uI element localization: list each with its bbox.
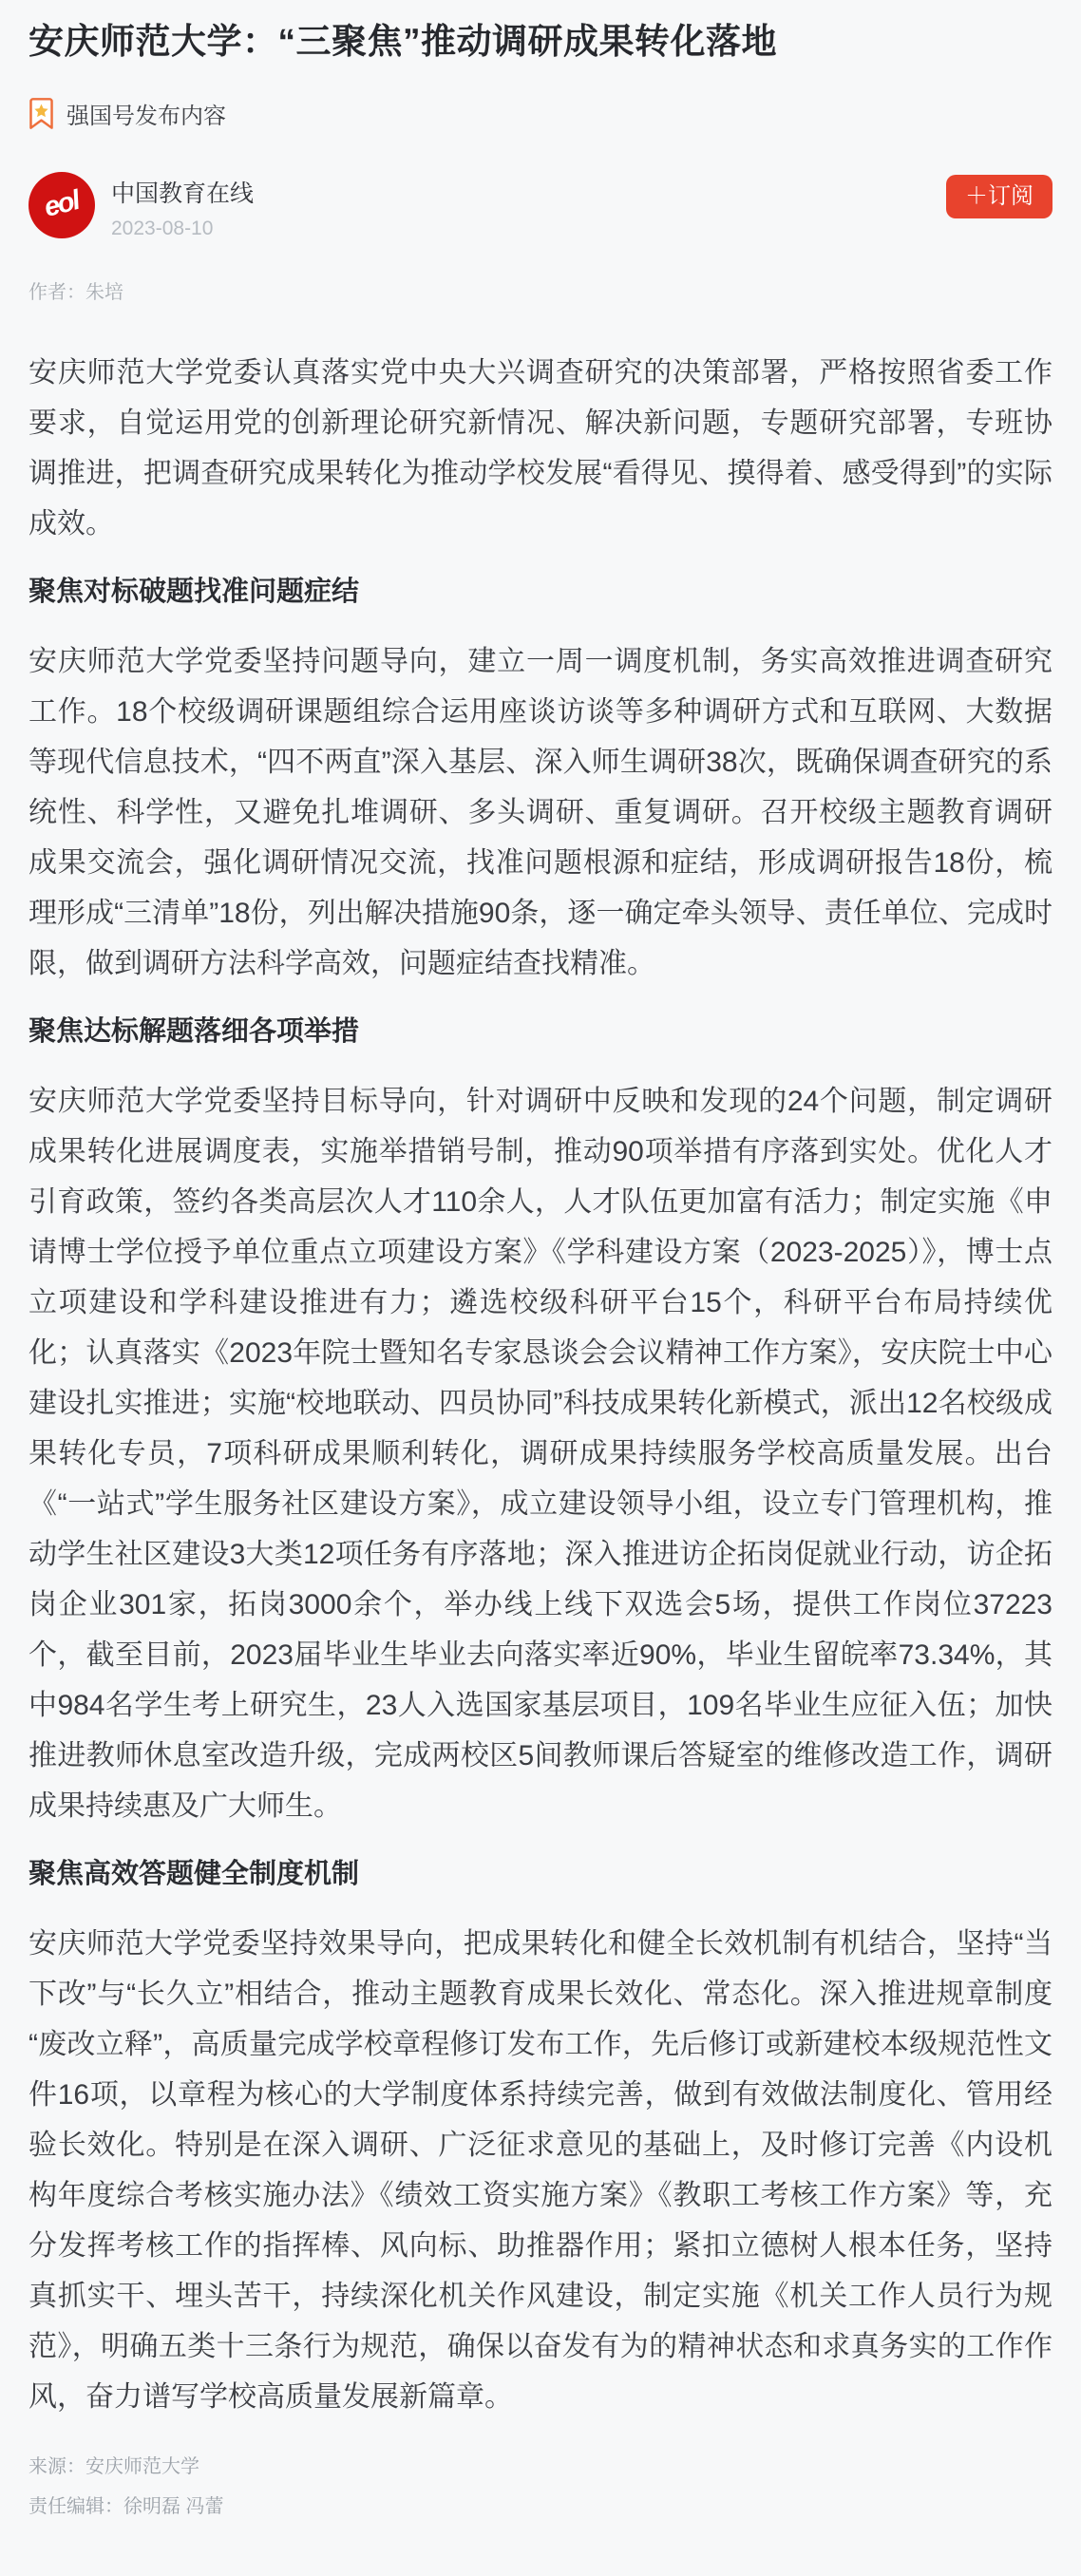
- subscribe-button[interactable]: ＋订阅: [946, 175, 1053, 218]
- publisher-name[interactable]: 中国教育在线: [111, 175, 254, 209]
- publisher-header: eol 中国教育在线 2023-08-10 ＋订阅: [28, 172, 1053, 240]
- section-heading-1: 聚焦对标破题找准问题症结: [28, 574, 1053, 610]
- bookmark-star-icon: [28, 97, 54, 130]
- source-line: 来源：安庆师范大学: [28, 2447, 1053, 2487]
- article-paragraph-2: 安庆师范大学党委坚持问题导向，建立一周一调度机制，务实高效推进调查研究工作。18…: [28, 636, 1053, 989]
- article-paragraph-1: 安庆师范大学党委认真落实党中央大兴调查研究的决策部署，严格按照省委工作要求，自觉…: [28, 348, 1053, 549]
- page-title: 安庆师范大学：“三聚焦”推动调研成果转化落地: [28, 19, 1053, 65]
- article-paragraph-3: 安庆师范大学党委坚持目标导向，针对调研中反映和发现的24个问题，制定调研成果转化…: [28, 1076, 1053, 1831]
- article-page: 安庆师范大学：“三聚焦”推动调研成果转化落地 强国号发布内容 eol 中国教育在…: [0, 0, 1081, 2546]
- editor-line: 责任编辑：徐明磊 冯蕾: [28, 2487, 1053, 2527]
- publisher-logo-icon: eol: [41, 185, 82, 224]
- section-heading-2: 聚焦达标解题落细各项举措: [28, 1013, 1053, 1050]
- article-meta-footer: 来源：安庆师范大学 责任编辑：徐明磊 冯蕾: [28, 2447, 1053, 2546]
- article-paragraph-4: 安庆师范大学党委坚持效果导向，把成果转化和健全长效机制有机结合，坚持“当下改”与…: [28, 1919, 1053, 2422]
- publisher-info: 中国教育在线 2023-08-10: [111, 172, 254, 240]
- publish-date: 2023-08-10: [111, 218, 254, 240]
- author-line: 作者：朱培: [28, 276, 1053, 304]
- section-heading-3: 聚焦高效答题健全制度机制: [28, 1856, 1053, 1892]
- publisher-avatar[interactable]: eol: [28, 172, 95, 238]
- source-badge: 强国号发布内容: [28, 97, 1053, 130]
- article-body: 安庆师范大学党委认真落实党中央大兴调查研究的决策部署，严格按照省委工作要求，自觉…: [28, 348, 1053, 2422]
- badge-label: 强国号发布内容: [66, 97, 226, 130]
